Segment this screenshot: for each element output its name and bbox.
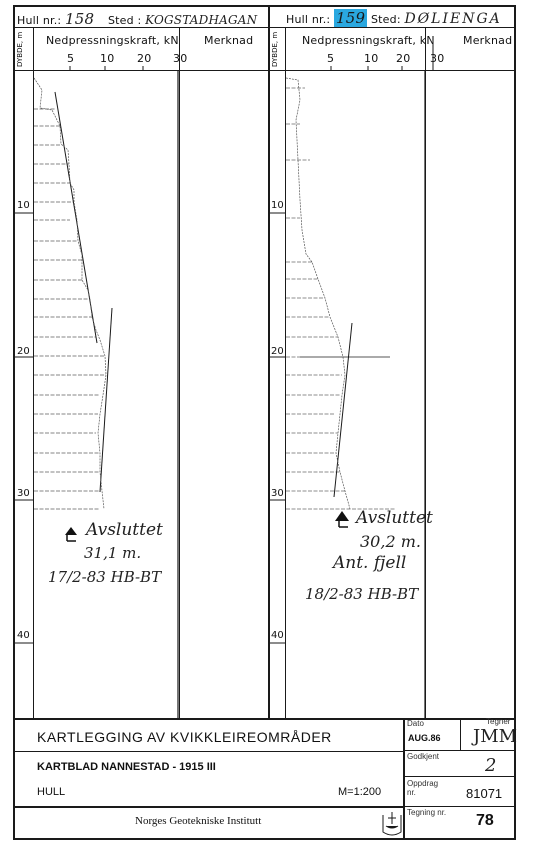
right-force-trace	[286, 78, 350, 509]
title-block-top	[13, 718, 516, 720]
oppdrag-label: Oppdrag nr.	[407, 779, 447, 797]
tegning-label: Tegning nr.	[407, 808, 447, 817]
title-block-r3	[403, 806, 516, 807]
left-note-avsluttet: Avsluttet	[86, 520, 163, 540]
oppdrag-value: 81071	[466, 786, 502, 801]
tegner-label: Tegner	[486, 717, 510, 726]
ngi-logo-icon	[383, 812, 401, 835]
institute-name: Norges Geotekniske Institutt	[135, 815, 261, 827]
right-note-ant-fjell: Ant. fjell	[333, 553, 406, 573]
right-note-avsluttet: Avsluttet	[356, 508, 433, 528]
tegning-value: 78	[476, 812, 494, 830]
title-block-dato-split	[460, 718, 461, 750]
dato-value: AUG.86	[408, 733, 441, 743]
title-block-row4	[13, 806, 403, 808]
title-block-r1	[403, 750, 516, 751]
tegner-value: JMM	[473, 726, 517, 747]
drawing-type: HULL	[37, 786, 65, 798]
godkjent-label: Godkjent	[407, 752, 439, 761]
right-note-date-sign: 18/2-83 HB-BT	[305, 585, 418, 603]
left-force-trace	[34, 78, 106, 509]
left-note-date-sign: 17/2-83 HB-BT	[48, 568, 161, 586]
godkjent-signature: 2	[485, 755, 496, 776]
dato-label: Dato	[407, 719, 424, 728]
title-block-right-col	[403, 718, 405, 839]
map-sheet: KARTBLAD NANNESTAD - 1915 III	[37, 761, 216, 773]
title-block-row2	[13, 751, 403, 752]
drawing-scale: M=1:200	[338, 786, 381, 798]
title-block-r2	[403, 776, 516, 777]
right-note-depth: 30,2 m.	[360, 532, 421, 551]
left-note-depth: 31,1 m.	[84, 544, 141, 562]
project-title: KARTLEGGING AV KVIKKLEIREOMRÅDER	[37, 729, 332, 745]
